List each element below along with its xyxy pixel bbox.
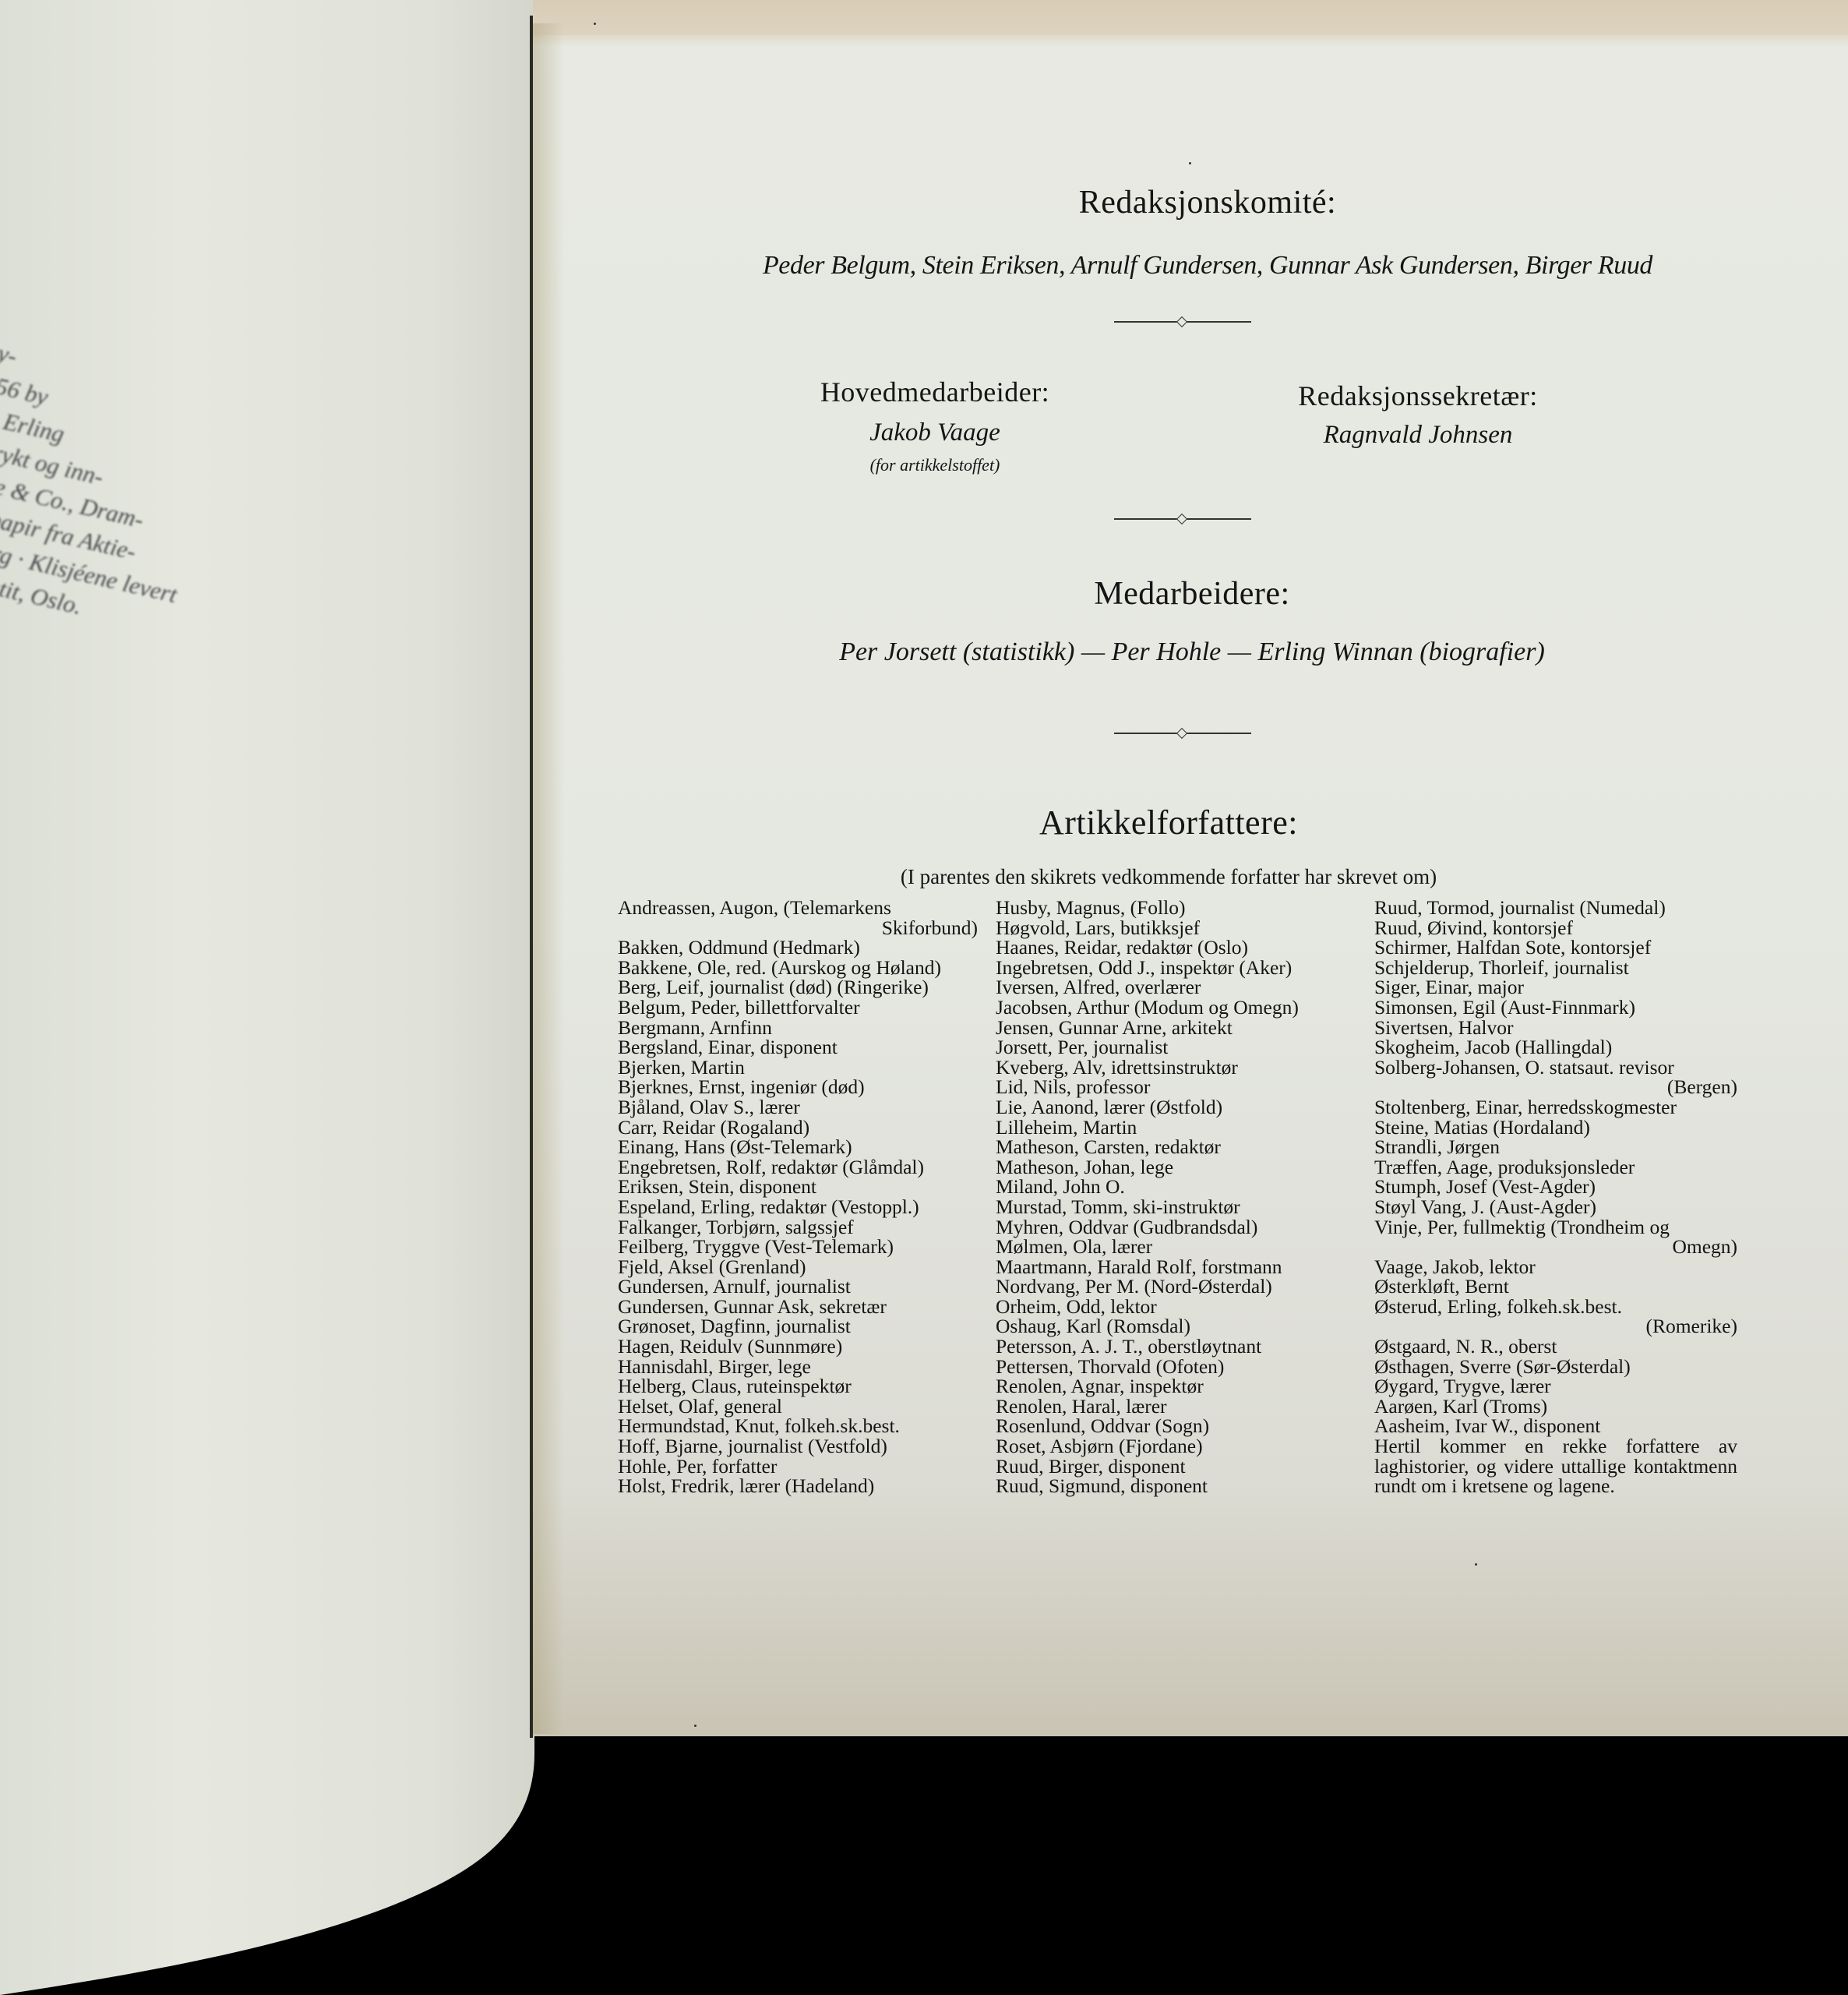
author-entry: Holst, Fredrik, lærer (Hadeland) xyxy=(618,1476,978,1496)
author-entry: Jorsett, Per, journalist xyxy=(996,1037,1354,1058)
author-entry: Bakken, Oddmund (Hedmark) xyxy=(618,937,978,958)
author-entry: Ruud, Øivind, kontorsjef xyxy=(1374,918,1737,938)
author-entry: Solberg-Johansen, O. statsaut. revisor xyxy=(1374,1058,1737,1078)
author-entry: Øygard, Trygve, lærer xyxy=(1374,1376,1737,1396)
author-entry: Ruud, Tormod, journalist (Numedal) xyxy=(1374,898,1737,918)
ornament-divider xyxy=(1114,514,1251,524)
author-entry: Lid, Nils, professor xyxy=(996,1077,1354,1097)
author-entry: Helset, Olaf, general xyxy=(618,1396,978,1417)
author-entry: Grønoset, Dagfinn, journalist xyxy=(618,1316,978,1336)
spine-shadow xyxy=(533,23,564,1734)
author-entry-continuation: (Romerike) xyxy=(1374,1316,1737,1336)
closing-note: Hertil kommer en rekke forfattere av lag… xyxy=(1374,1436,1737,1496)
hovedmedarbeider-heading: Hovedmedarbeider: xyxy=(779,376,1091,408)
ornament-divider xyxy=(1114,729,1251,738)
author-entry: Schjelderup, Thorleif, journalist xyxy=(1374,958,1737,978)
author-entry: Ruud, Sigmund, disponent xyxy=(996,1476,1354,1496)
author-entry: Mølmen, Ola, lærer xyxy=(996,1237,1354,1257)
author-entry: Aarøen, Karl (Troms) xyxy=(1374,1396,1737,1417)
left-page: ty- 956 by — Erling . Trykt og inn- yche… xyxy=(0,0,534,1995)
author-entry: Oshaug, Karl (Romsdal) xyxy=(996,1316,1354,1336)
author-entry: Hermundstad, Knut, folkeh.sk.best. xyxy=(618,1416,978,1436)
author-entry: Østgaard, N. R., oberst xyxy=(1374,1336,1737,1357)
author-entry: Hoff, Bjarne, journalist (Vestfold) xyxy=(618,1436,978,1457)
author-entry: Jensen, Gunnar Arne, arkitekt xyxy=(996,1018,1354,1038)
hovedmedarbeider-name: Jakob Vaage xyxy=(779,418,1091,447)
author-entry: Jacobsen, Arthur (Modum og Omegn) xyxy=(996,997,1354,1018)
author-entry: Schirmer, Halfdan Sote, kontorsjef xyxy=(1374,937,1737,958)
author-entry: Espeland, Erling, redaktør (Vestoppl.) xyxy=(618,1197,978,1217)
author-entry: Stumph, Josef (Vest-Agder) xyxy=(1374,1177,1737,1197)
artikkelforfattere-subtitle: (I parentes den skikrets vedkommende for… xyxy=(779,865,1558,889)
author-entry: Bjerken, Martin xyxy=(618,1058,978,1078)
ornament-divider xyxy=(1114,317,1251,327)
author-entry: Eriksen, Stein, disponent xyxy=(618,1177,978,1197)
paper-speck xyxy=(594,23,596,25)
author-entry: Hannisdahl, Birger, lege xyxy=(618,1357,978,1377)
author-entry: Renolen, Agnar, inspektør xyxy=(996,1376,1354,1396)
author-entry: Lilleheim, Martin xyxy=(996,1118,1354,1138)
paper-speck xyxy=(694,1725,697,1727)
author-entry: Nordvang, Per M. (Nord-Østerdal) xyxy=(996,1276,1354,1297)
author-entry-continuation: (Bergen) xyxy=(1374,1077,1737,1097)
author-entry: Bjåland, Olav S., lærer xyxy=(618,1097,978,1118)
author-entry: Østhagen, Sverre (Sør-Østerdal) xyxy=(1374,1357,1737,1377)
medarbeidere-heading: Medarbeidere: xyxy=(779,575,1605,613)
author-entry: Simonsen, Egil (Aust-Finnmark) xyxy=(1374,997,1737,1018)
author-entry: Strandli, Jørgen xyxy=(1374,1137,1737,1157)
author-entry-continuation: Omegn) xyxy=(1374,1237,1737,1257)
author-entry: Vaage, Jakob, lektor xyxy=(1374,1257,1737,1277)
author-entry: Vinje, Per, fullmektig (Trondheim og xyxy=(1374,1217,1737,1238)
author-entry: Kveberg, Alv, idrettsinstruktør xyxy=(996,1058,1354,1078)
author-entry: Gundersen, Gunnar Ask, sekretær xyxy=(618,1297,978,1317)
author-entry: Lie, Aanond, lærer (Østfold) xyxy=(996,1097,1354,1118)
redaksjonssekretaer-heading: Redaksjonssekretær: xyxy=(1262,380,1574,412)
author-entry: Bergsland, Einar, disponent xyxy=(618,1037,978,1058)
author-entry: Siger, Einar, major xyxy=(1374,977,1737,997)
redaksjonssekretaer-name: Ragnvald Johnsen xyxy=(1262,421,1574,450)
author-entry: Ingebretsen, Odd J., inspektør (Aker) xyxy=(996,958,1354,978)
author-entry: Falkanger, Torbjørn, salgssjef xyxy=(618,1217,978,1238)
author-column-3: Ruud, Tormod, journalist (Numedal) Ruud,… xyxy=(1374,898,1737,1496)
author-entry: Helberg, Claus, ruteinspektør xyxy=(618,1376,978,1396)
author-entry: Murstad, Tomm, ski-instruktør xyxy=(996,1197,1354,1217)
artikkelforfattere-heading: Artikkelforfattere: xyxy=(779,803,1558,842)
author-entry: Skogheim, Jacob (Hallingdal) xyxy=(1374,1037,1737,1058)
author-entry: Andreassen, Augon, (Telemarkens xyxy=(618,898,978,918)
author-entry-continuation: Skiforbund) xyxy=(618,918,978,938)
paper-speck xyxy=(1475,1563,1477,1566)
page-top-edge xyxy=(533,0,1848,35)
author-entry: Matheson, Johan, lege xyxy=(996,1157,1354,1178)
left-page-colophon: ty- 956 by — Erling . Trykt og inn- yche… xyxy=(0,335,224,643)
author-entry: Renolen, Haral, lærer xyxy=(996,1396,1354,1417)
author-entry: Feilberg, Tryggve (Vest-Telemark) xyxy=(618,1237,978,1257)
author-entry: Petersson, A. J. T., oberstløytnant xyxy=(996,1336,1354,1357)
author-entry: Belgum, Peder, billettforvalter xyxy=(618,997,978,1018)
author-entry: Myhren, Oddvar (Gudbrandsdal) xyxy=(996,1217,1354,1238)
author-entry: Hohle, Per, forfatter xyxy=(618,1457,978,1477)
author-entry: Østerkløft, Bernt xyxy=(1374,1276,1737,1297)
author-entry: Einang, Hans (Øst-Telemark) xyxy=(618,1137,978,1157)
author-entry: Fjeld, Aksel (Grenland) xyxy=(618,1257,978,1277)
author-entry: Rosenlund, Oddvar (Sogn) xyxy=(996,1416,1354,1436)
author-entry: Sivertsen, Halvor xyxy=(1374,1018,1737,1038)
redaksjonskomite-members: Peder Belgum, Stein Eriksen, Arnulf Gund… xyxy=(686,251,1730,281)
author-entry: Stoltenberg, Einar, herredsskogmester xyxy=(1374,1097,1737,1118)
paper-speck xyxy=(1189,162,1191,164)
author-entry: Høgvold, Lars, butikksjef xyxy=(996,918,1354,938)
author-entry: Iversen, Alfred, overlærer xyxy=(996,977,1354,997)
author-entry: Maartmann, Harald Rolf, forstmann xyxy=(996,1257,1354,1277)
author-entry: Bjerknes, Ernst, ingeniør (død) xyxy=(618,1077,978,1097)
author-entry: Hagen, Reidulv (Sunnmøre) xyxy=(618,1336,978,1357)
author-entry: Ruud, Birger, disponent xyxy=(996,1457,1354,1477)
author-column-1: Andreassen, Augon, (Telemarkens Skiforbu… xyxy=(618,898,978,1496)
author-entry: Haanes, Reidar, redaktør (Oslo) xyxy=(996,937,1354,958)
author-entry: Engebretsen, Rolf, redaktør (Glåmdal) xyxy=(618,1157,978,1178)
author-column-2: Husby, Magnus, (Follo) Høgvold, Lars, bu… xyxy=(996,898,1354,1496)
author-entry: Træffen, Aage, produksjonsleder xyxy=(1374,1157,1737,1178)
author-entry: Orheim, Odd, lektor xyxy=(996,1297,1354,1317)
author-entry: Aasheim, Ivar W., disponent xyxy=(1374,1416,1737,1436)
author-entry: Støyl Vang, J. (Aust-Agder) xyxy=(1374,1197,1737,1217)
author-entry: Carr, Reidar (Rogaland) xyxy=(618,1118,978,1138)
author-entry: Matheson, Carsten, redaktør xyxy=(996,1137,1354,1157)
author-entry: Steine, Matias (Hordaland) xyxy=(1374,1118,1737,1138)
author-entry: Husby, Magnus, (Follo) xyxy=(996,898,1354,918)
author-entry: Bergmann, Arnfinn xyxy=(618,1018,978,1038)
author-entry: Berg, Leif, journalist (død) (Ringerike) xyxy=(618,977,978,997)
author-entry: Miland, John O. xyxy=(996,1177,1354,1197)
author-entry: Pettersen, Thorvald (Ofoten) xyxy=(996,1357,1354,1377)
medarbeidere-names: Per Jorsett (statistikk) — Per Hohle — E… xyxy=(779,637,1605,667)
redaksjonskomite-heading: Redaksjonskomité: xyxy=(779,184,1636,221)
author-entry: Østerud, Erling, folkeh.sk.best. xyxy=(1374,1297,1737,1317)
author-entry: Bakkene, Ole, red. (Aurskog og Høland) xyxy=(618,958,978,978)
author-entry: Gundersen, Arnulf, journalist xyxy=(618,1276,978,1297)
author-entry: Roset, Asbjørn (Fjordane) xyxy=(996,1436,1354,1457)
hovedmedarbeider-note: (for artikkelstoffet) xyxy=(779,455,1091,475)
